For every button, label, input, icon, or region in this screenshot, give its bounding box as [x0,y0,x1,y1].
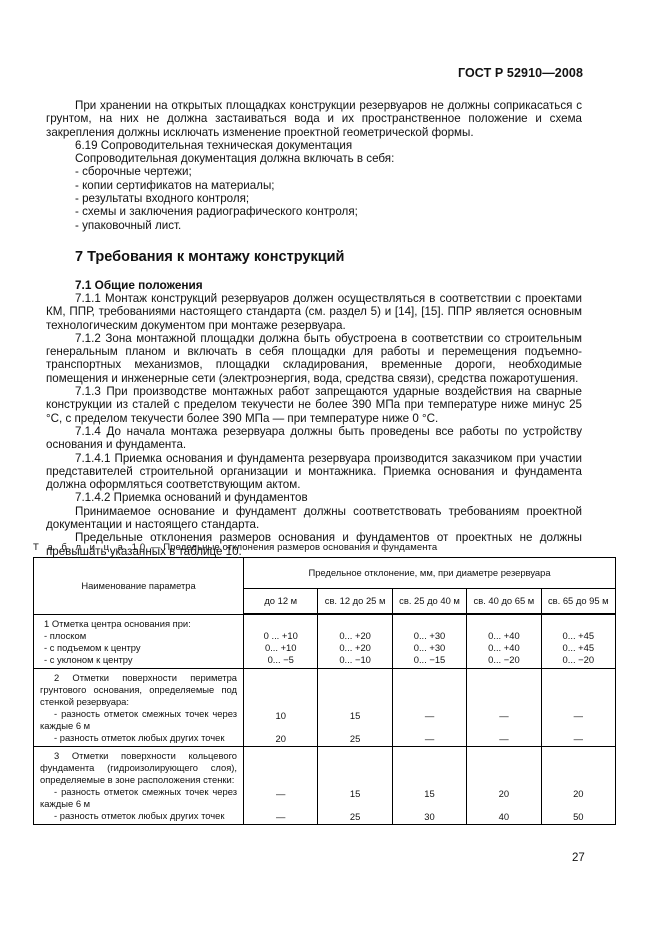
table-caption: Т а б л и ц а 10 — Предельные отклонения… [33,542,437,553]
value: 0... +40 [488,630,520,642]
param-cell: 2 Отметки поверхности периметра грунтово… [34,668,244,746]
value: 0... +30 [414,642,446,654]
value-cell: —— [467,668,541,746]
clause-7-1-2: 7.1.2 Зона монтажной площадки должна быт… [46,332,582,385]
value: 15 [350,710,360,722]
value: — [425,710,434,722]
doc-list-item: - упаковочный лист. [46,219,582,232]
value: 0... −15 [414,654,446,666]
subsection-7-1-heading: 7.1 Общие положения [75,278,582,292]
value: 40 [499,811,509,823]
diameter-column-header: до 12 м [244,589,318,615]
value-cell: 1525 [318,746,392,824]
standard-code-header: ГОСТ Р 52910—2008 [458,66,583,80]
value: 15 [350,788,360,800]
value: — [574,710,583,722]
value: 0... +20 [339,630,371,642]
value-cell: —— [392,668,466,746]
value: 20 [276,733,286,745]
value: 15 [424,788,434,800]
document-body: При хранении на открытых площадках конст… [46,99,582,558]
clause-7-1-1: 7.1.1 Монтаж конструкций резервуаров дол… [46,292,582,332]
foundation-acceptance-paragraph: Принимаемое основание и фундамент должны… [46,505,582,532]
value: 0 ... +10 [264,630,298,642]
doc-list-item: - копии сертификатов на материалы; [46,179,582,192]
diameter-column-header: св. 40 до 65 м [467,589,541,615]
deviation-group-header: Предельное отклонение, мм, при диаметре … [244,558,616,589]
value: 0... +30 [414,630,446,642]
value: 0... +40 [488,642,520,654]
doc-list-item: - сборочные чертежи; [46,165,582,178]
value-cell: 1530 [392,746,466,824]
param-subitem: - плоском [40,630,237,642]
docs-intro: Сопроводительная документация должна вкл… [46,152,582,165]
value-cell: 1020 [244,668,318,746]
param-cell: 1 Отметка центра основания при:- плоском… [34,614,244,668]
value: 0... −5 [268,654,294,666]
value: 30 [424,811,434,823]
value: 0... +45 [563,642,595,654]
param-title: 3 Отметки поверхности кольцевого фундаме… [40,750,237,786]
value: — [276,811,285,823]
value: 0... +20 [339,642,371,654]
param-cell: 3 Отметки поверхности кольцевого фундаме… [34,746,244,824]
value: 0... −10 [339,654,371,666]
value-cell: 0 ... +100... +100... −5 [244,614,318,668]
table-row: 2 Отметки поверхности периметра грунтово… [34,668,616,746]
value: 10 [276,710,286,722]
param-column-header: Наименование параметра [34,558,244,615]
value: — [499,733,508,745]
clause-7-1-3: 7.1.3 При производстве монтажных работ з… [46,385,582,425]
value: — [499,710,508,722]
value: — [276,788,285,800]
value-cell: 0... +300... +300... −15 [392,614,466,668]
param-title: 1 Отметка центра основания при: [40,618,237,630]
param-subitem: - разность отметок смежных точек через к… [40,786,237,810]
param-subitem: - с подъемом к центру [40,642,237,654]
value: 25 [350,811,360,823]
value: 25 [350,733,360,745]
value: — [574,733,583,745]
storage-paragraph: При хранении на открытых площадках конст… [46,99,582,139]
param-subitem: - разность отметок смежных точек через к… [40,708,237,732]
value: 0... +10 [265,642,297,654]
clause-7-1-4-1: 7.1.4.1 Приемка основания и фундамента р… [46,452,582,492]
value-cell: 1525 [318,668,392,746]
param-subitem: - разность отметок любых других точек [40,810,237,822]
value-cell: 0... +400... +400... −20 [467,614,541,668]
clause-7-1-4-2: 7.1.4.2 Приемка оснований и фундаментов [46,491,582,504]
value: 20 [573,788,583,800]
param-subitem: - с уклоном к центру [40,654,237,666]
value-cell: —— [541,668,615,746]
value: — [425,733,434,745]
diameter-column-header: св. 12 до 25 м [318,589,392,615]
param-subitem: - разность отметок любых других точек [40,732,237,744]
value: 20 [499,788,509,800]
value-cell: 0... +450... +450... −20 [541,614,615,668]
value-cell: —— [244,746,318,824]
value-cell: 0... +200... +200... −10 [318,614,392,668]
value: 0... +45 [563,630,595,642]
table-label: Т а б л и ц а 10 [33,542,148,553]
table-title: — Предельные отклонения размеров основан… [148,542,437,553]
clause-7-1-4: 7.1.4 До начала монтажа резервуара должн… [46,425,582,452]
value-cell: 2040 [467,746,541,824]
value: 0... −20 [563,654,595,666]
table-row: 1 Отметка центра основания при:- плоском… [34,614,616,668]
doc-list-item: - результаты входного контроля; [46,192,582,205]
page-number: 27 [572,852,585,864]
value: 0... −20 [488,654,520,666]
param-title: 2 Отметки поверхности периметра грунтово… [40,672,237,708]
section-7-heading: 7 Требования к монтажу конструкций [75,248,582,266]
value-cell: 2050 [541,746,615,824]
value: 50 [573,811,583,823]
doc-list-item: - схемы и заключения радиографического к… [46,205,582,218]
clause-6-19-title: 6.19 Сопроводительная техническая докуме… [46,139,582,152]
table-row: 3 Отметки поверхности кольцевого фундаме… [34,746,616,824]
deviation-table: Наименование параметра Предельное отклон… [33,557,616,825]
diameter-column-header: св. 65 до 95 м [541,589,615,615]
diameter-column-header: св. 25 до 40 м [392,589,466,615]
